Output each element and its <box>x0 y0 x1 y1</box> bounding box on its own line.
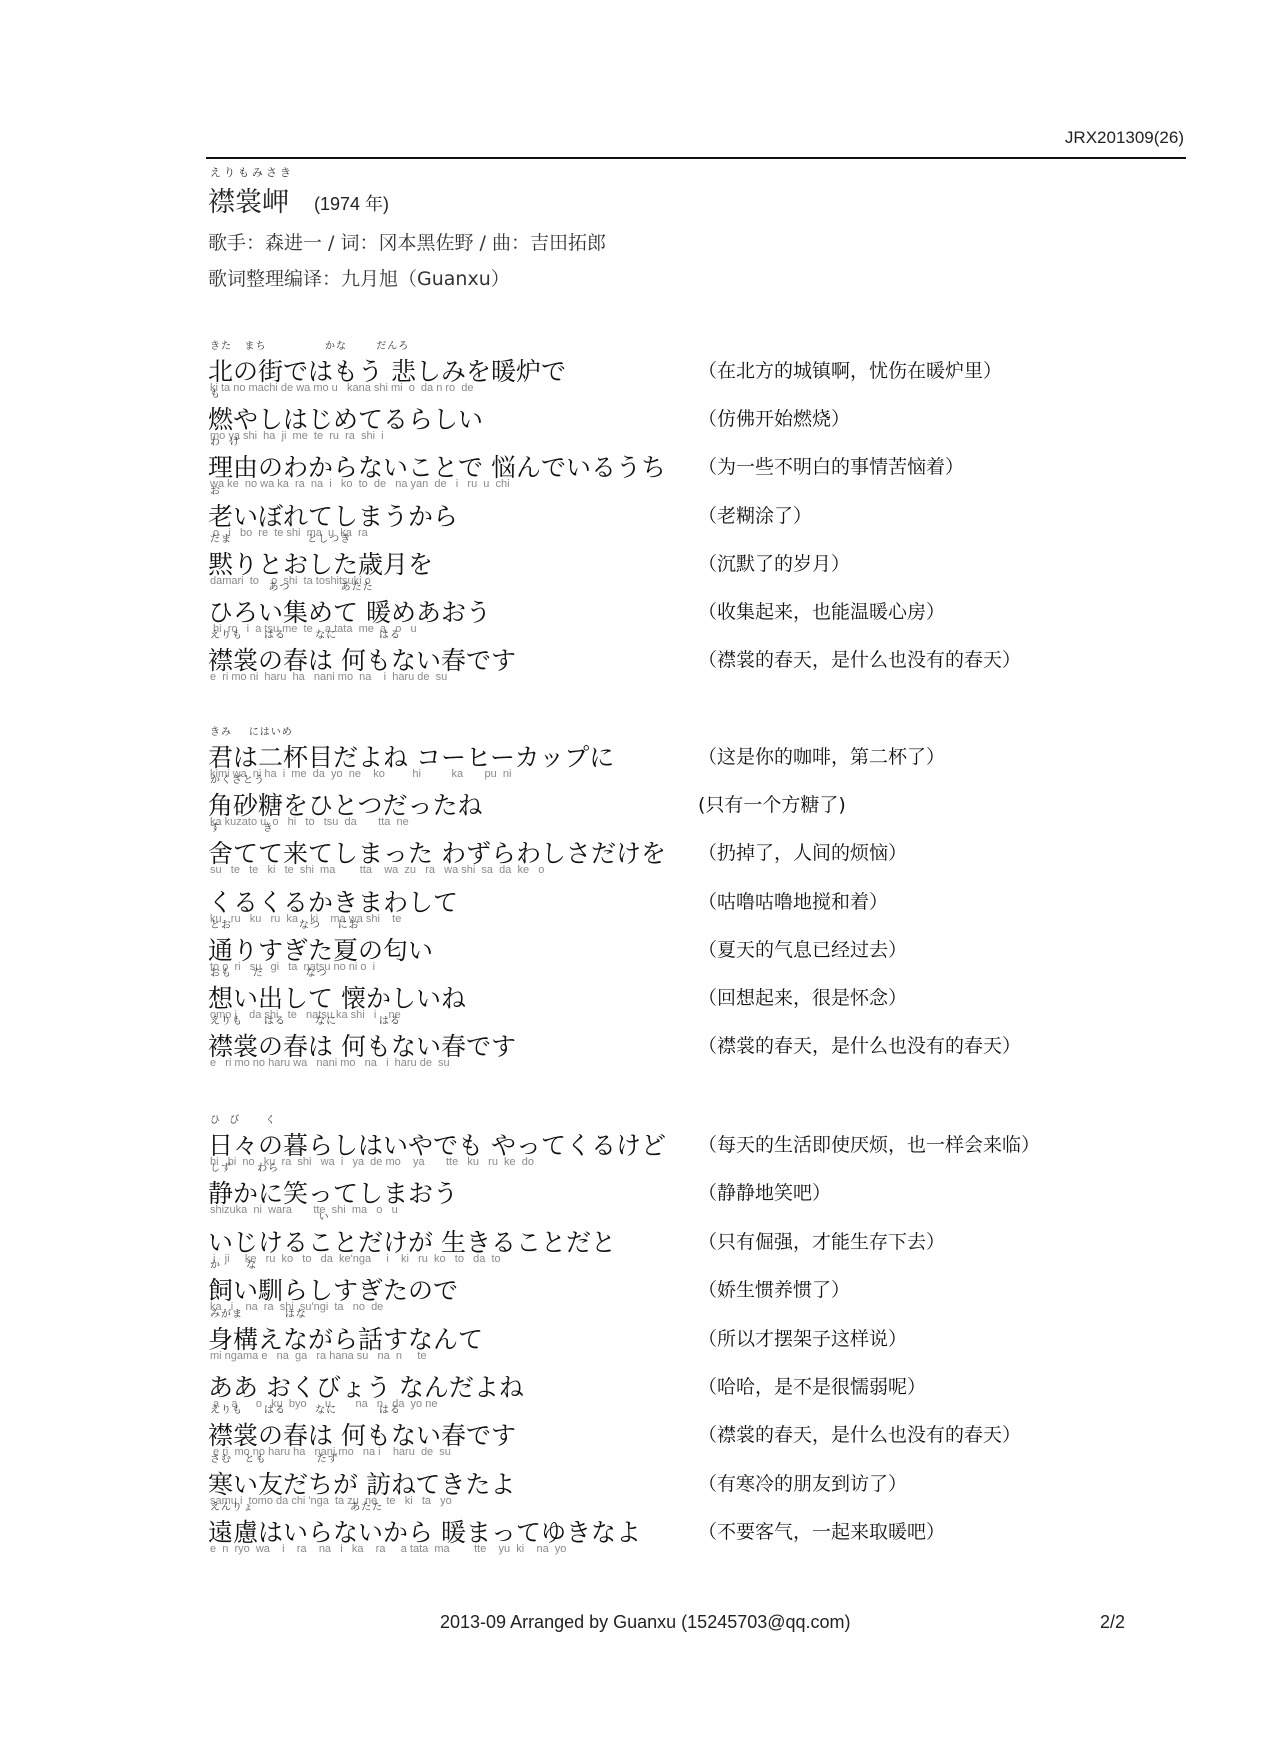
chinese-translation: （扔掉了，人间的烦恼） <box>698 838 907 865</box>
lyric-line: も燃やしはじめてるらしいmo ya shi ha ji me te ru ra … <box>208 400 688 448</box>
furigana: おも だ なつ <box>210 964 328 979</box>
song-title: 襟裳岬 <box>208 180 289 219</box>
chinese-translation: （收集起来，也能温暖心房） <box>698 597 945 624</box>
song-credits: 歌手：森进一 / 词：冈本黑佐野 / 曲：吉田拓郎 <box>208 228 606 255</box>
furigana: あつ あたた <box>210 578 374 593</box>
furigana: お <box>210 482 221 497</box>
chinese-translation: (只有一个方糖了) <box>698 790 846 817</box>
title-furigana: えりもみさき <box>210 164 294 180</box>
romaji: ki ta no machi de wa mo u kana shi mi o … <box>210 382 474 394</box>
lyric-line: いいじけることだけが 生きることだと i ji ke ru ko to da k… <box>208 1223 688 1271</box>
furigana: とお なつ にお <box>210 916 360 931</box>
furigana: えりも はる なに はる <box>210 1401 401 1416</box>
chinese-translation: （有寒冷的朋友到访了） <box>698 1469 907 1496</box>
furigana: ひ び く <box>210 1111 276 1126</box>
chinese-translation: （静静地笑吧） <box>698 1178 831 1205</box>
furigana: かくざとう <box>210 771 265 786</box>
lyric-line: えりも はる なに はる襟裳の春は 何もない春ですe ri mo no haru… <box>208 1027 688 1075</box>
chinese-translation: （不要客气，一起来取暖吧） <box>698 1517 945 1544</box>
chinese-translation: （哈哈，是不是很懦弱呢） <box>698 1372 926 1399</box>
chinese-translation: （夏天的气息已经过去） <box>698 935 907 962</box>
romaji: wa ke no wa ka ra na i ko to de na yan d… <box>210 478 510 490</box>
chinese-translation: （仿佛开始燃烧） <box>698 404 850 431</box>
romaji: su te te ki te shi ma tta wa zu ra wa sh… <box>210 864 544 876</box>
chinese-translation: （在北方的城镇啊，忧伤在暖炉里） <box>698 356 1002 383</box>
lyric-line: わ け理由のわからないことで 悩んでいるうちwa ke no wa ka ra … <box>208 448 688 496</box>
lyric-line: えんりょ あたた遠慮はいらないから 暖まってゆきなよe n ryo wa i r… <box>208 1513 688 1561</box>
furigana: も <box>210 385 221 400</box>
furigana: きた まち かな だんろ <box>210 337 409 352</box>
furigana: い <box>210 1208 330 1223</box>
romaji: e ri mo no haru wa nani mo na i haru de … <box>210 1057 450 1069</box>
lyric-line: きみ にはいめ君は二杯目だよね コーヒーカップにkimi wa ni ha i … <box>208 738 688 786</box>
furigana: えりも はる なに はる <box>210 626 401 641</box>
furigana: えんりょ あたた <box>210 1498 383 1513</box>
chinese-translation: （这是你的咖啡，第二杯了） <box>698 742 945 769</box>
chinese-translation: （襟裳的春天，是什么也没有的春天） <box>698 645 1021 672</box>
chinese-translation: （娇生惯养惯了） <box>698 1275 850 1302</box>
chinese-translation: （所以才摆架子这样说） <box>698 1324 907 1351</box>
chinese-translation: （老糊涂了） <box>698 501 812 528</box>
furigana: だま としつき <box>210 530 351 545</box>
page-number: 2/2 <box>1100 1612 1125 1633</box>
chinese-translation: （咕噜咕噜地搅和着） <box>698 887 888 914</box>
header-rule <box>206 157 1186 159</box>
furigana: か な <box>210 1256 257 1271</box>
furigana: きみ にはいめ <box>210 723 293 738</box>
lyric-line: かくざとう角砂糖をひとつだったねka kuzato u o hi to tsu … <box>208 786 688 834</box>
chinese-translation: （为一些不明白的事情苦恼着） <box>698 452 964 479</box>
lyric-line: きた まち かな だんろ北の街ではもう 悲しみを暖炉でki ta no mach… <box>208 352 688 400</box>
lyric-line: みがま はな身構えながら話すなんてmi ngama e na ga ra han… <box>208 1320 688 1368</box>
arranger-credit: 歌词整理编译：九月旭（Guanxu） <box>208 264 510 291</box>
furigana: みがま はな <box>210 1305 307 1320</box>
romaji: mi ngama e na ga ra hana su na n te <box>210 1350 426 1362</box>
furigana: わ け <box>210 433 240 448</box>
lyric-line: えりも はる なに はる襟裳の春は 何もない春ですe ri mo ni haru… <box>208 641 688 689</box>
furigana: さむ とも たず <box>210 1450 339 1465</box>
lyric-line: ひ び く日々の暮らしはいやでも やってくるけどhi bi no ku ra s… <box>208 1126 688 1174</box>
furigana: えりも はる なに はる <box>210 1012 401 1027</box>
chinese-translation: （襟裳的春天，是什么也没有的春天） <box>698 1031 1021 1058</box>
footer-text: 2013-09 Arranged by Guanxu (15245703@qq.… <box>440 1612 851 1633</box>
lyric-line: す き舍てて来てしまった わずらわしさだけをsu te te ki te shi… <box>208 834 688 882</box>
furigana: す き <box>210 819 274 834</box>
chinese-translation: （回想起来，很是怀念） <box>698 983 907 1010</box>
chinese-translation: （沉默了的岁月） <box>698 549 850 576</box>
song-year: (1974 年) <box>314 190 389 216</box>
chinese-translation: （只有倔强，才能生存下去） <box>698 1227 945 1254</box>
document-id: JRX201309(26) <box>1065 128 1184 148</box>
romaji: e ri mo ni haru ha nani mo na i haru de … <box>210 671 447 683</box>
chinese-translation: （每天的生活即使厌烦，也一样会来临） <box>698 1130 1040 1157</box>
furigana: しず わら <box>210 1159 279 1174</box>
romaji: e n ryo wa i ra na i ka ra a tata ma tte… <box>210 1543 566 1555</box>
chinese-translation: （襟裳的春天，是什么也没有的春天） <box>698 1420 1021 1447</box>
